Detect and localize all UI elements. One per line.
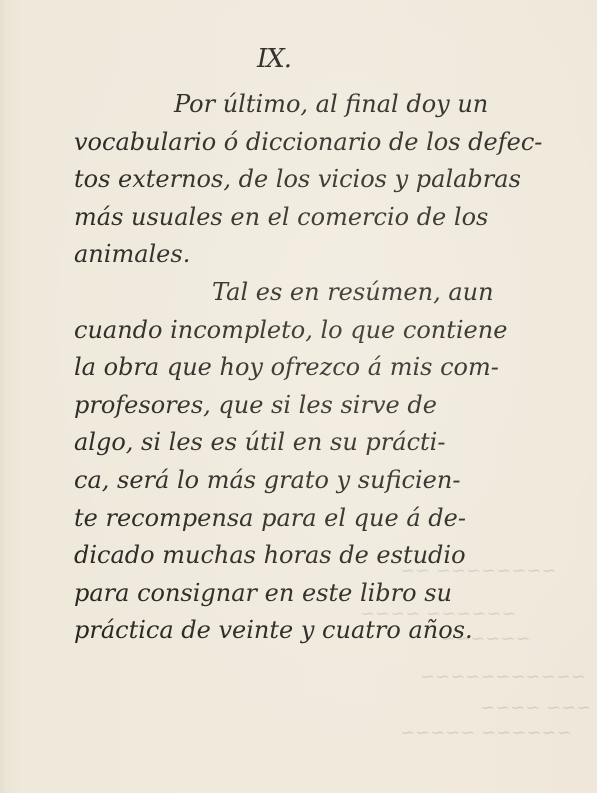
text-line: animales.	[74, 236, 544, 274]
text-line: más usuales en el comercio de los	[74, 199, 544, 237]
bleed-line: ~~~ ~~~~	[480, 697, 591, 718]
text-line: Por último, al final doy un	[74, 86, 544, 124]
text-line: ca, será lo más grato y suficien-	[74, 462, 544, 500]
text-line: algo, si les es útil en su prácti-	[74, 424, 544, 462]
manuscript-page: ~~~~~~~~ ~~ ~~~~~~ ~~~~ ~~~~~~ ~~~~~~~~~…	[0, 0, 597, 793]
handwritten-text: Por último, al final doy un vocabulario …	[74, 86, 544, 650]
bleed-line: ~~~~~~~~~~~	[420, 666, 586, 687]
text-line: vocabulario ó diccionario de los defec-	[74, 124, 544, 162]
text-line: práctica de veinte y cuatro años.	[74, 612, 544, 650]
text-line: la obra que hoy ofrezco á mis com-	[74, 349, 544, 387]
text-line: tos externos, de los vicios y palabras	[74, 161, 544, 199]
text-line: Tal es en resúmen, aun	[74, 274, 544, 312]
text-line: cuando incompleto, lo que contiene	[74, 312, 544, 350]
text-line: para consignar en este libro su	[74, 575, 544, 613]
bleed-line: ~~~~~~ ~~~~~	[400, 722, 572, 743]
text-line: dicado muchas horas de estudio	[74, 537, 544, 575]
text-line: te recompensa para el que á de-	[74, 500, 544, 538]
page-number: IX.	[257, 44, 291, 74]
text-line: profesores, que si les sirve de	[74, 387, 544, 425]
